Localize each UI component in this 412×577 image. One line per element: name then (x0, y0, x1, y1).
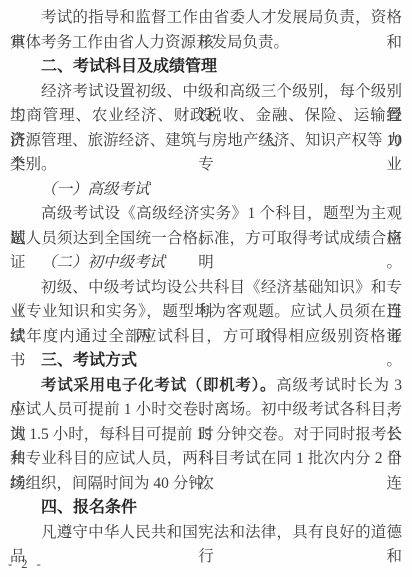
section-heading: 二、考试科目及成绩管理 (10, 55, 402, 80)
section-heading: 四、报名条件 (10, 496, 402, 521)
bold-text-segment: 考试采用电子化考试（即机考）。 (41, 377, 276, 394)
text-line: 应试人员可提前 1 小时交卷、离场。初中级考试各科目考试时长 (10, 398, 402, 423)
text-line: 经济考试设置初级、中级和高级三个级别，每个级别均设置 (10, 80, 402, 105)
text-line: 试年度内通过全部应试科目，方可取得相应级别资格证书。 (10, 325, 402, 350)
text-line: 为 1.5 小时，每科目可提前 15 分钟交卷。对于同时报考公共科目 (10, 423, 402, 448)
sub-heading: （一）高级考试 (10, 178, 402, 203)
text-line: 考试的指导和监督工作由省委人才发展局负责，资格审核和 (10, 6, 402, 31)
text-line: 试人员须达到全国统一合格标准，方可取得考试成绩合格证明。 (10, 227, 402, 252)
document-page: 考试的指导和监督工作由省委人才发展局负责，资格审核和具体考务工作由省人力资源开发… (0, 0, 412, 577)
text-line: 资源管理、旅游经济、建筑与房地产经济、知识产权等 10 个专业 (10, 129, 402, 154)
text-line: 初级、中级考试均设公共科目《经济基础知识》和专业科目 (10, 276, 402, 301)
page-number: - 2 - (8, 557, 44, 572)
text-line: 凡遵守中华人民共和国宪法和法律，具有良好的道德品行和 (10, 521, 402, 546)
text-line: 《专业知识和实务》，题型均为客观题。应试人员须在连续两个考 (10, 300, 402, 325)
text-line: 考试采用电子化考试（即机考）。高级考试时长为 3 小时， (10, 374, 402, 399)
text-line: 工商管理、农业经济、财政税收、金融、保险、运输经济、人力 (10, 104, 402, 129)
document-body: 考试的指导和监督工作由省委人才发展局负责，资格审核和具体考务工作由省人力资源开发… (10, 6, 402, 545)
text-line: 高级考试设《高级经济实务》1 个科目，题型为主观题。应 (10, 202, 402, 227)
text-line: 和专业科目的应试人员，两科目考试在同 1 批次内分 2 个场次连 (10, 447, 402, 472)
